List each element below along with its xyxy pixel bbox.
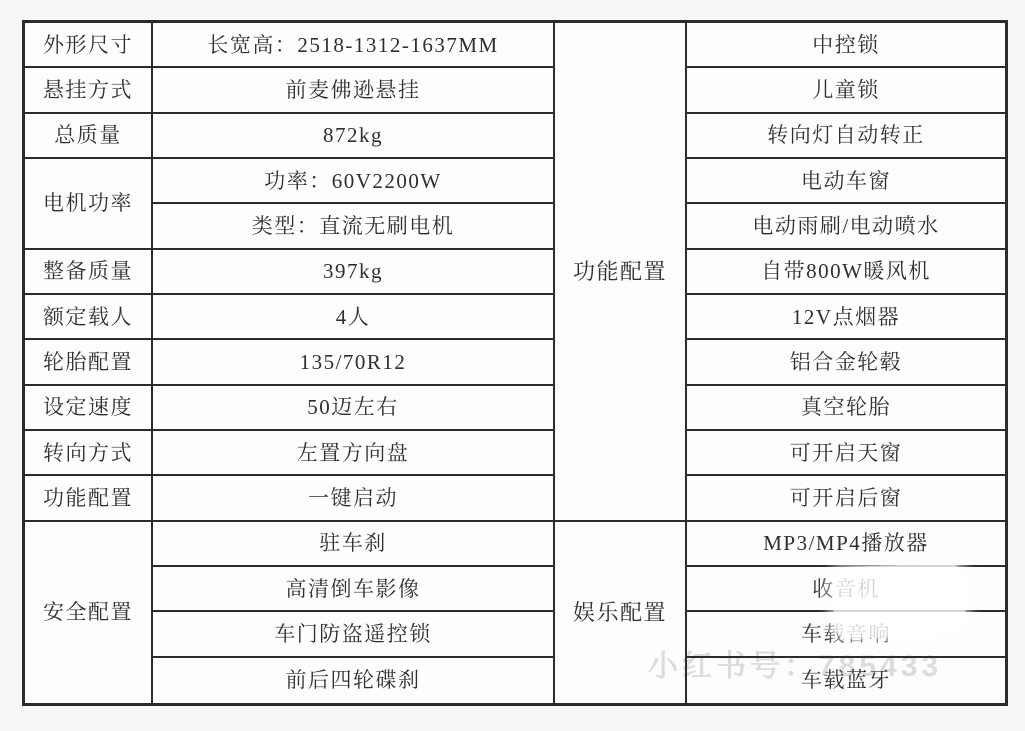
spec-value: 前麦佛逊悬挂	[153, 68, 555, 113]
spec-value: 872kg	[153, 114, 555, 159]
spec-value: 左置方向盘	[153, 431, 555, 476]
feature-item: 12V点烟器	[687, 295, 1005, 340]
function-config-label: 功能配置	[25, 476, 153, 521]
gross-weight-label: 总质量	[25, 114, 153, 159]
feature-item: MP3/MP4播放器	[687, 522, 1005, 567]
entertainment-config-group-label: 娱乐配置	[555, 522, 687, 703]
spec-value: 4人	[153, 295, 555, 340]
spec-value: 397kg	[153, 250, 555, 295]
feature-item: 可开启天窗	[687, 431, 1005, 476]
tire-spec-label: 轮胎配置	[25, 340, 153, 385]
spec-value: 驻车刹	[153, 522, 555, 567]
dimensions-label: 外形尺寸	[25, 23, 153, 68]
steering-type-label: 转向方式	[25, 431, 153, 476]
spec-value: 前后四轮碟刹	[153, 658, 555, 703]
feature-item: 铝合金轮毂	[687, 340, 1005, 385]
spec-value: 功率：60V2200W	[153, 159, 555, 204]
feature-item: 儿童锁	[687, 68, 1005, 113]
passenger-capacity-label: 额定载人	[25, 295, 153, 340]
spec-value: 类型：直流无刷电机	[153, 204, 555, 249]
spec-value: 车门防盗遥控锁	[153, 612, 555, 657]
motor-power-label: 电机功率	[25, 159, 153, 250]
suspension-label: 悬挂方式	[25, 68, 153, 113]
spec-value: 长宽高：2518-1312-1637MM	[153, 23, 555, 68]
safety-config-label: 安全配置	[25, 522, 153, 703]
feature-item: 自带800W暖风机	[687, 250, 1005, 295]
feature-item: 转向灯自动转正	[687, 114, 1005, 159]
feature-item: 车载蓝牙	[687, 658, 1005, 703]
speed-setting-label: 设定速度	[25, 386, 153, 431]
feature-item: 电动车窗	[687, 159, 1005, 204]
feature-item: 电动雨刷/电动喷水	[687, 204, 1005, 249]
spec-value: 一键启动	[153, 476, 555, 521]
watermark-logo	[832, 563, 966, 640]
function-config-group-label: 功能配置	[555, 23, 687, 522]
curb-weight-label: 整备质量	[25, 250, 153, 295]
spec-value: 135/70R12	[153, 340, 555, 385]
spec-value: 高清倒车影像	[153, 567, 555, 612]
feature-item: 中控锁	[687, 23, 1005, 68]
spec-value: 50迈左右	[153, 386, 555, 431]
feature-item: 可开启后窗	[687, 476, 1005, 521]
feature-item: 真空轮胎	[687, 386, 1005, 431]
